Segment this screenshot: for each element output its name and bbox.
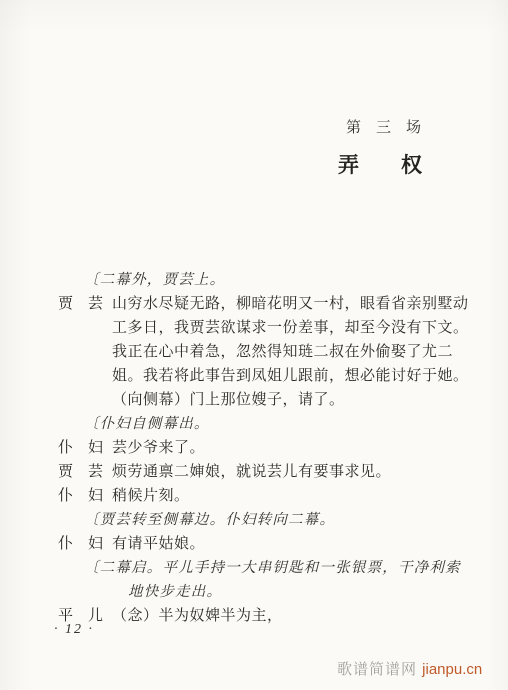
dialogue-text: 山穷水尽疑无路，柳暗花明又一村，眼看省亲别墅动 bbox=[112, 296, 469, 312]
speaker-name: 仆 妇 bbox=[58, 484, 112, 508]
dialogue-line: 贾 芸山穷水尽疑无路，柳暗花明又一村，眼看省亲别墅动 bbox=[0, 292, 508, 316]
dialogue-text: （念）半为奴婢半为主， bbox=[112, 608, 283, 624]
watermark-site-url: jianpu.cn bbox=[422, 661, 482, 678]
watermark: 歌谱简谱网 jianpu.cn bbox=[337, 658, 482, 679]
dialogue-line: 贾 芸烦劳通禀二婶娘，就说芸儿有要事求见。 bbox=[0, 460, 508, 484]
stage-direction: 〔二幕外，贾芸上。 bbox=[0, 268, 508, 292]
dialogue-continuation: 工多日，我贾芸欲谋求一份差事，却至今没有下文。 bbox=[0, 316, 508, 340]
stage-direction: 〔二幕启。平儿手持一大串钥匙和一张银票，干净利索 bbox=[0, 556, 508, 580]
speaker-name: 贾 芸 bbox=[58, 460, 112, 484]
speaker-name: 仆 妇 bbox=[58, 436, 112, 460]
speaker-name: 仆 妇 bbox=[58, 532, 112, 556]
scene-heading: 第 三 场 bbox=[346, 116, 421, 137]
dialogue-continuation: 姐。我若将此事告到凤姐儿跟前，想必能讨好于她。 bbox=[0, 364, 508, 388]
page-number: · 12 · bbox=[54, 622, 94, 638]
dialogue-line: 仆 妇稍候片刻。 bbox=[0, 484, 508, 508]
scanned-script-page: 第 三 场 弄 权 〔二幕外，贾芸上。 贾 芸山穷水尽疑无路，柳暗花明又一村，眼… bbox=[0, 0, 508, 690]
dialogue-continuation: 我正在心中着急，忽然得知琏二叔在外偷娶了尤二 bbox=[0, 340, 508, 364]
dialogue-text: 有请平姑娘。 bbox=[112, 536, 205, 552]
script-body: 〔二幕外，贾芸上。 贾 芸山穷水尽疑无路，柳暗花明又一村，眼看省亲别墅动 工多日… bbox=[0, 268, 508, 628]
dialogue-text: 烦劳通禀二婶娘，就说芸儿有要事求见。 bbox=[112, 464, 391, 480]
play-title: 弄 权 bbox=[338, 149, 422, 179]
stage-direction: 〔贾芸转至侧幕边。仆妇转向二幕。 bbox=[0, 508, 508, 532]
watermark-site-name: 歌谱简谱网 bbox=[337, 661, 422, 678]
dialogue-line: 仆 妇芸少爷来了。 bbox=[0, 436, 508, 460]
stage-direction: 〔仆妇自侧幕出。 bbox=[0, 412, 508, 436]
dialogue-text: 稍候片刻。 bbox=[112, 488, 190, 504]
dialogue-line: 仆 妇有请平姑娘。 bbox=[0, 532, 508, 556]
stage-direction-continuation: 地快步走出。 bbox=[0, 580, 508, 604]
speaker-name: 贾 芸 bbox=[58, 292, 112, 316]
dialogue-text: 芸少爷来了。 bbox=[112, 440, 205, 456]
dialogue-continuation: （向侧幕）门上那位嫂子，请了。 bbox=[0, 388, 508, 412]
